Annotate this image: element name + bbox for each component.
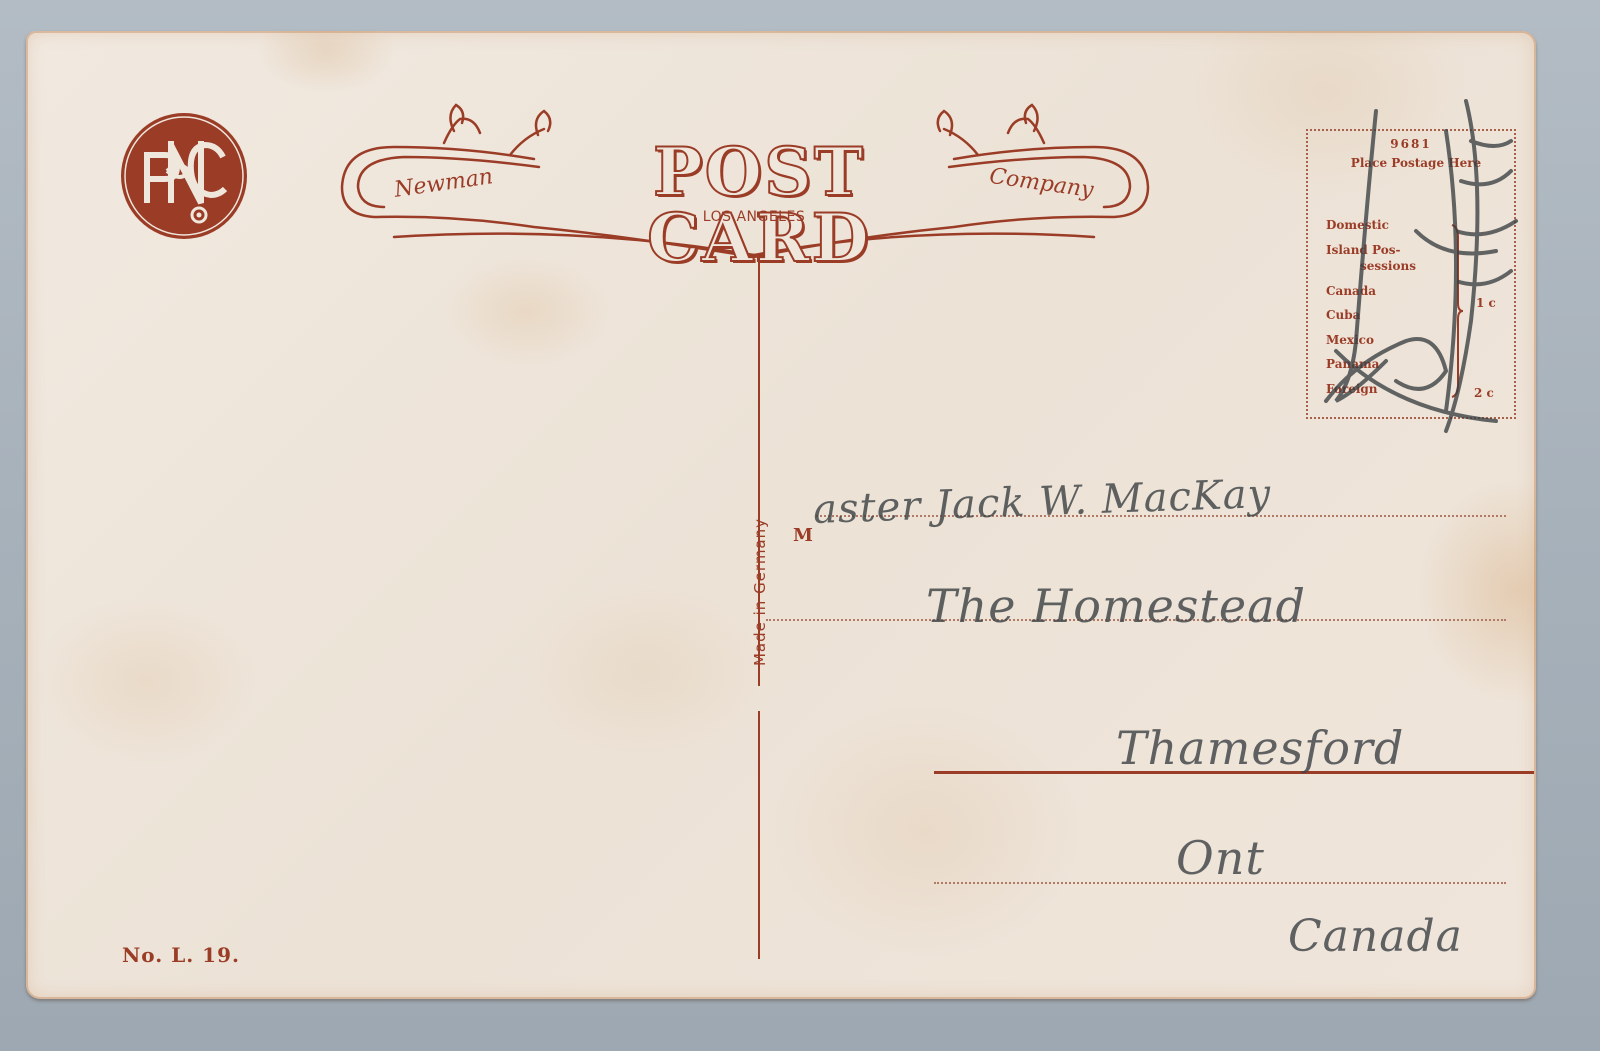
- address-prefix: M: [793, 525, 813, 546]
- postcard-header-banner: Newman POST CARD Company LOS ANGELES: [334, 97, 1154, 273]
- handwritten-name: aster Jack W. MacKay: [812, 471, 1272, 533]
- npc-monogram-logo: [119, 111, 249, 241]
- center-divider-lower: [758, 711, 760, 959]
- postcard-title: POST CARD: [539, 139, 979, 271]
- handwritten-country: Canada: [1288, 911, 1463, 962]
- handwritten-province: Ont: [1176, 831, 1265, 885]
- handwritten-street: The Homestead: [926, 579, 1306, 633]
- postcard-back: Newman POST CARD Company LOS ANGELES Mad…: [26, 31, 1536, 999]
- handwritten-town: Thamesford: [1116, 721, 1404, 775]
- catalog-number: No. L. 19.: [122, 943, 240, 967]
- handwritten-scribble-icon: [1296, 61, 1526, 441]
- city-label: LOS ANGELES: [679, 209, 829, 225]
